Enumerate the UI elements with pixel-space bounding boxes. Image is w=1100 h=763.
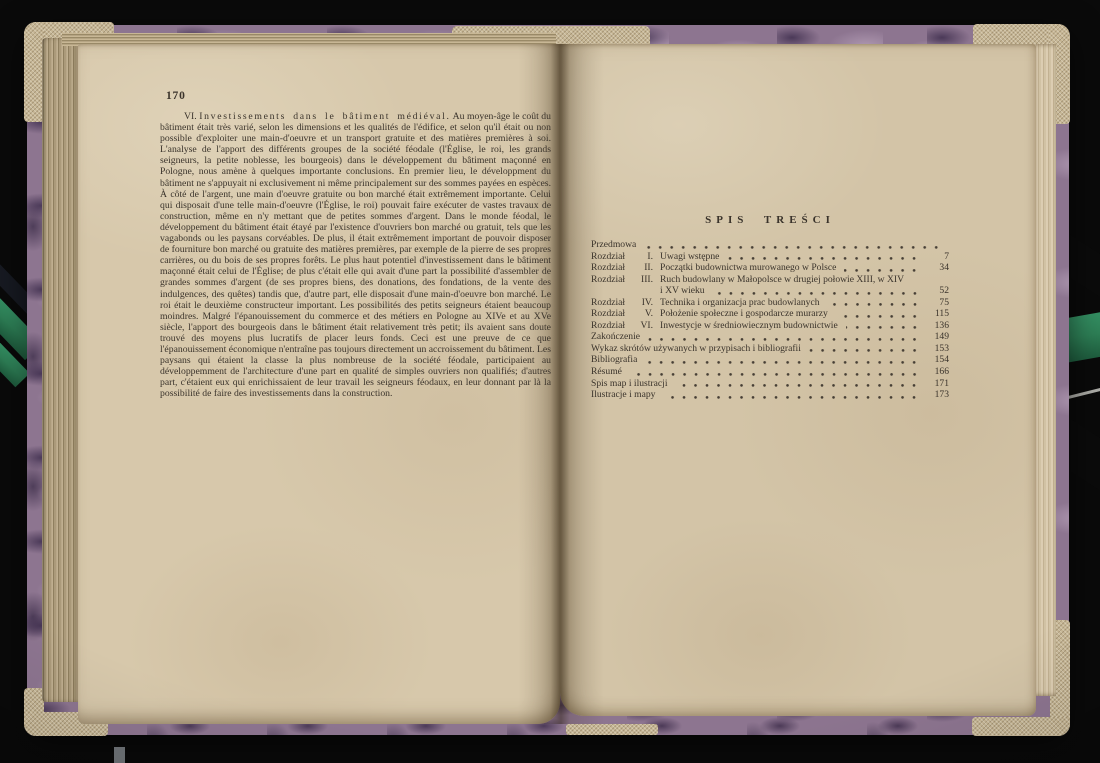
toc-page-number: 153 [927,343,949,355]
gray-mark-bottom [114,747,125,763]
toc-page-number: 136 [927,320,949,332]
toc-entries: PrzedmowaRozdziałI.Uwagi wstępne7Rozdzia… [591,239,949,401]
toc-page-number: 75 [927,297,949,309]
toc-page-number: 154 [927,354,949,366]
page-stack-fore-edge-right [1036,44,1056,696]
toc-entry-title-line2: i XV wieku [660,285,705,297]
toc-dot-leader [727,255,924,261]
toc-page-number: 166 [927,366,949,378]
toc-row: RozdziałIV.Technika i organizacja prac b… [591,297,949,309]
toc-row: Zakończenie149 [591,331,949,343]
toc-entry-title: Początki budownictwa murowanego w Polsce [660,262,836,274]
toc-row: Résumé166 [591,366,949,378]
toc-dot-leader [663,394,924,400]
toc-dot-leader [844,267,924,273]
toc-chapter-number: V. [631,308,653,320]
toc-entry-body: Ilustracje i mapy173 [591,389,949,401]
page-number: 170 [166,90,186,102]
toc-row: Wykaz skrótów używanych w przypisach i b… [591,343,949,355]
toc-entry-title-wrap: i XV wieku52 [660,285,949,297]
toc-row: Przedmowa [591,239,949,251]
toc-page-number: 115 [927,308,949,320]
toc-entry-title: Technika i organizacja prac budowlanych [660,297,820,309]
toc-row: RozdziałIII.Ruch budowlany w Małopolsce … [591,274,949,297]
paragraph-body: Au moyen-âge le coût du bâtiment était t… [160,111,551,399]
toc-entry-title: Wykaz skrótów używanych w przypisach i b… [591,343,801,355]
toc-entry-body: Inwestycje w średniowiecznym budownictwi… [660,320,949,332]
toc-dot-leader [675,382,924,388]
page-stack-left-edge [42,38,80,702]
toc-entry-title: Położenie społeczne i gospodarcze murarz… [660,308,828,320]
toc-row: Ilustracje i mapy173 [591,389,949,401]
toc-entry-title: Przedmowa [591,239,636,251]
toc-dot-leader [648,336,924,342]
toc-entry-body: Spis map i ilustracji171 [591,378,949,390]
toc-row: RozdziałII.Początki budownictwa murowane… [591,262,949,274]
toc-dot-leader [644,244,946,250]
toc-dot-leader [713,290,924,296]
toc-entry-body: Wykaz skrótów używanych w przypisach i b… [591,343,949,355]
book-photo: 170 VI. Investissements dans le bâtiment… [0,0,1100,763]
toc-entry-title: Bibliografia [591,354,637,366]
toc-chapter-number: IV. [631,297,653,309]
toc-row: Bibliografia154 [591,354,949,366]
toc-row: Spis map i ilustracji171 [591,378,949,390]
toc-entry-title: Spis map i ilustracji [591,378,667,390]
toc-row: RozdziałVI.Inwestycje w średniowiecznym … [591,320,949,332]
toc-entry-body: Przedmowa [591,239,949,251]
toc-dot-leader [809,347,924,353]
toc-dot-leader [630,371,924,377]
toc-row: RozdziałI.Uwagi wstępne7 [591,251,949,263]
toc-page-number: 173 [927,389,949,401]
toc-entry-body: Uwagi wstępne7 [660,251,949,263]
toc-page-number: 52 [927,285,949,297]
table-of-contents: SPIS TREŚCI PrzedmowaRozdziałI.Uwagi wst… [591,214,949,401]
toc-dot-leader [836,313,924,319]
toc-chapter-word: Rozdział [591,308,631,320]
toc-entry-title: Zakończenie [591,331,640,343]
toc-page-number: 171 [927,378,949,390]
section-heading: Investissements dans le bâtiment médiéva… [199,111,450,122]
toc-page-number: 34 [927,262,949,274]
toc-entry-body: Résumé166 [591,366,949,378]
toc-chapter-word: Rozdział [591,262,631,274]
cloth-corner-top-left-edge [24,22,44,122]
toc-entry-body: Początki budownictwa murowanego w Polsce… [660,262,949,274]
toc-chapter-number: VI. [631,320,653,332]
toc-chapter-number: I. [631,251,653,263]
toc-chapter-number: III. [631,274,653,297]
toc-dot-leader [645,359,924,365]
toc-entry-body: Bibliografia154 [591,354,949,366]
toc-row: RozdziałV.Położenie społeczne i gospodar… [591,308,949,320]
toc-entry-title: Ilustracje i mapy [591,389,655,401]
toc-entry-title: Ruch budowlany w Małopolsce w drugiej po… [660,274,949,286]
left-page-text-block: VI. Investissements dans le bâtiment méd… [160,111,551,399]
toc-chapter-word: Rozdział [591,297,631,309]
cloth-corner-bottom-right [972,717,1070,736]
french-paragraph: VI. Investissements dans le bâtiment méd… [160,111,551,399]
toc-page-number: 7 [927,251,949,263]
toc-chapter-word: Rozdział [591,251,631,263]
toc-chapter-number: II. [631,262,653,274]
section-numeral: VI. [184,111,197,122]
toc-title: SPIS TREŚCI [591,214,949,226]
toc-entry-body: Położenie społeczne i gospodarcze murarz… [660,308,949,320]
toc-entry-title: Résumé [591,366,622,378]
cloth-spine-tailband [566,724,658,735]
toc-chapter-word: Rozdział [591,320,631,332]
toc-entry-body: Ruch budowlany w Małopolsce w drugiej po… [660,274,949,297]
toc-dot-leader [828,301,924,307]
toc-entry-body: Technika i organizacja prac budowlanych7… [660,297,949,309]
toc-entry-body: Zakończenie149 [591,331,949,343]
toc-entry-title: Uwagi wstępne [660,251,719,263]
toc-chapter-word: Rozdział [591,274,631,297]
toc-entry-title: Inwestycje w średniowiecznym budownictwi… [660,320,838,332]
toc-page-number: 149 [927,331,949,343]
toc-dot-leader [846,324,924,330]
